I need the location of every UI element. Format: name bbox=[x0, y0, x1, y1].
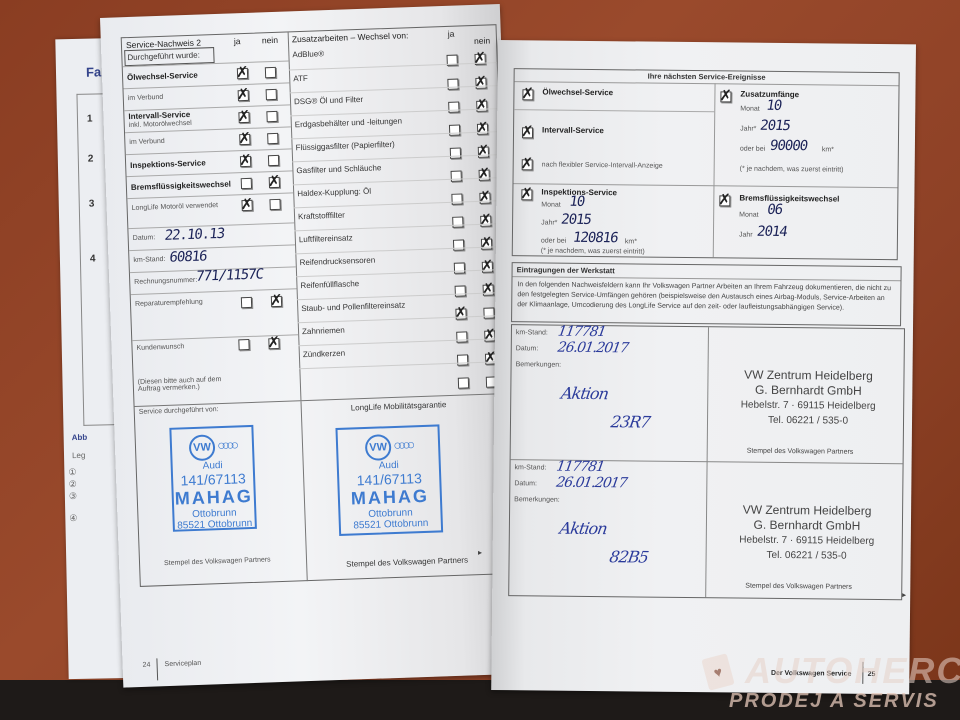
partner-stamp: VW Zentrum HeidelbergG. Bernhardt GmbHHe… bbox=[715, 367, 902, 429]
additional-year: 2015 bbox=[759, 118, 791, 134]
additional-work-column: Zusatzarbeiten – Wechsel von: ja nein Ad… bbox=[288, 25, 509, 400]
customer-nein-checkbox[interactable] bbox=[268, 338, 279, 349]
dealer-watermark: ♥ AUTOHERC PRODEJ A SERVIS bbox=[705, 650, 945, 720]
inspection-checkbox[interactable] bbox=[521, 189, 532, 200]
inspection-km-unit: km* bbox=[625, 238, 637, 245]
inspection-year: 2015 bbox=[560, 212, 592, 228]
partner-stamp-line4: Tel. 06221 / 535-0 bbox=[715, 412, 901, 429]
oil-change-checkbox[interactable] bbox=[522, 89, 533, 100]
entry-date-label: Datum: bbox=[514, 480, 537, 487]
service-nein-checkbox[interactable] bbox=[265, 67, 276, 78]
audi-rings-icon: ○○○○ bbox=[393, 436, 411, 453]
vw-logo-icon: VW bbox=[365, 434, 392, 461]
service-ja-checkbox[interactable] bbox=[241, 200, 252, 211]
stamp-caption: Stempel des Volkswagen Partners bbox=[747, 448, 854, 456]
service-nein-checkbox[interactable] bbox=[266, 111, 277, 122]
additional-year-label: Jahr* bbox=[740, 126, 756, 133]
note: (Diesen bitte auch auf dem Auftrag verme… bbox=[138, 376, 228, 393]
service-performed-column: Service-Nachweis 2 ja nein Durchgeführt … bbox=[122, 32, 302, 406]
partner-stamp-line3: Hebelstr. 7 · 69115 Heidelberg bbox=[715, 397, 901, 414]
col-ja: ja bbox=[234, 36, 241, 46]
extra-work-label: Haldex-Kupplung: Öl bbox=[297, 187, 371, 199]
brake-fluid-year-label: Jahr bbox=[739, 232, 753, 239]
repair-nein-checkbox[interactable] bbox=[271, 296, 282, 307]
longlife-label: LongLife Mobilitätsgarantie bbox=[351, 400, 447, 412]
additional-checkbox[interactable] bbox=[720, 91, 731, 102]
figure-caption: Abb bbox=[72, 433, 88, 442]
footer-title: Serviceplan bbox=[164, 660, 201, 668]
service-ja-checkbox[interactable] bbox=[241, 178, 252, 189]
service-nein-checkbox[interactable] bbox=[268, 155, 279, 166]
service-by-label: Service durchgeführt von: bbox=[139, 406, 219, 416]
inspection-year-label: Jahr* bbox=[541, 219, 557, 226]
stamp-address: 85521 Ottobrunn bbox=[175, 518, 255, 532]
extra-work-label: Flüssiggasfilter (Papierfilter) bbox=[295, 140, 394, 152]
workshop-text: In den folgenden Nachweisfeldern kann Ih… bbox=[512, 277, 900, 317]
customer-label: Kundenwunsch bbox=[136, 343, 184, 352]
left-page-service-record: Service-Nachweis 2 ja nein Durchgeführt … bbox=[100, 4, 523, 688]
entry-remarks-2: 82B5 bbox=[608, 547, 649, 566]
additional-km: 90000 bbox=[769, 138, 809, 154]
entry-remarks-2: 23R7 bbox=[610, 412, 651, 431]
entry-remarks-label: Bemerkungen: bbox=[516, 361, 562, 368]
service-sublabel: inkl. Motorölwechsel bbox=[129, 120, 192, 129]
workshop-entries-box: km-Stand:117781Datum:26.01.2017Bemerkung… bbox=[508, 324, 905, 600]
service-nein-checkbox[interactable] bbox=[269, 177, 280, 188]
page-number: 24 bbox=[142, 662, 150, 669]
service-nein-checkbox[interactable] bbox=[267, 133, 278, 144]
extra-work-label: DSG® Öl und Filter bbox=[294, 95, 363, 106]
extra-work-label: Gasfilter und Schläuche bbox=[296, 163, 381, 175]
brake-fluid-month: 06 bbox=[766, 202, 783, 218]
flexible-checkbox[interactable] bbox=[522, 159, 533, 170]
stamp-name: MAHAG bbox=[173, 486, 254, 510]
additional-month-label: Monat bbox=[740, 106, 760, 113]
service-ja-checkbox[interactable] bbox=[238, 90, 249, 101]
entry-date: 26.01.2017 bbox=[557, 340, 630, 357]
dealer-stamp-1: VW ○○○○ Audi 141/67113 MAHAG Ottobrunn 8… bbox=[169, 425, 257, 532]
service-label: im Verbund bbox=[128, 94, 164, 102]
legend-item: ② bbox=[69, 479, 77, 490]
additional-month: 10 bbox=[765, 98, 782, 114]
flexible-label: nach flexibler Service-Intervall-Anzeige bbox=[542, 161, 663, 169]
inspection-km: 120816 bbox=[572, 230, 619, 246]
service-label: Ölwechsel-Service bbox=[127, 71, 198, 82]
km-label: km-Stand: bbox=[133, 256, 165, 264]
repair-label: Reparaturempfehlung bbox=[135, 299, 203, 308]
entry-remarks-1: Aktion bbox=[558, 519, 608, 538]
entry-km: 117781 bbox=[555, 459, 605, 475]
oil-interval-cell: Ölwechsel-Service Intervall-Service nach… bbox=[513, 81, 715, 186]
service-ja-checkbox[interactable] bbox=[240, 156, 251, 167]
stamp-address: 85521 Ottobrunn bbox=[341, 517, 441, 531]
col-ja: ja bbox=[448, 29, 455, 39]
interval-label: Intervall-Service bbox=[542, 125, 604, 135]
col-nein: nein bbox=[262, 35, 278, 46]
service-nein-checkbox[interactable] bbox=[269, 199, 280, 210]
next-events-box: Ihre nächsten Service-Ereignisse Ölwechs… bbox=[512, 68, 900, 260]
workshop-entry: km-Stand:117781Datum:26.01.2017Bemerkung… bbox=[511, 325, 904, 463]
watermark-tagline: PRODEJ A SERVIS bbox=[729, 690, 939, 713]
watermark-brand: AUTOHERC bbox=[745, 650, 960, 692]
extra-work-label: Reifenfüllflasche bbox=[300, 279, 359, 290]
inspection-month-label: Monat bbox=[541, 201, 561, 208]
inspection-month: 10 bbox=[568, 194, 585, 210]
footer-separator bbox=[156, 658, 158, 680]
right-page-next-services: Ihre nächsten Service-Ereignisse Ölwechs… bbox=[491, 40, 916, 694]
additional-km-unit: km* bbox=[822, 146, 834, 153]
dealer-stamp-2: VW ○○○○ Audi 141/67113 MAHAG Ottobrunn 8… bbox=[335, 424, 443, 536]
interval-checkbox[interactable] bbox=[522, 127, 533, 138]
extra-work-label: Reifendrucksensoren bbox=[300, 256, 376, 268]
inspection-cell: Inspektions-Service Monat 10 Jahr* 2015 … bbox=[513, 183, 715, 257]
oil-change-label: Ölwechsel-Service bbox=[542, 87, 613, 97]
additional-km-label: oder bei bbox=[740, 146, 765, 153]
entry-remarks-label: Bemerkungen: bbox=[514, 496, 560, 503]
partner-stamp-line4: Tel. 06221 / 535-0 bbox=[714, 547, 900, 564]
extra-work-label: Luftfiltereinsatz bbox=[299, 233, 353, 244]
brake-fluid-year: 2014 bbox=[756, 224, 788, 240]
divider bbox=[300, 401, 307, 581]
extra-work-label: Zündkerzen bbox=[303, 349, 346, 359]
extra-work-label: Erdgasbehälter und -leitungen bbox=[295, 117, 402, 130]
stamp-area: Service durchgeführt von: LongLife Mobil… bbox=[135, 393, 515, 587]
audi-rings-icon: ○○○○ bbox=[217, 437, 235, 454]
invoice-label: Rechnungsnummer: bbox=[134, 277, 197, 286]
entry-date-label: Datum: bbox=[516, 345, 539, 352]
row-number: 2 bbox=[88, 154, 94, 165]
inspection-km-label: oder bei bbox=[541, 237, 566, 244]
service-ja-checkbox[interactable] bbox=[239, 134, 250, 145]
service-ja-checkbox[interactable] bbox=[238, 112, 249, 123]
entry-km: 117781 bbox=[557, 324, 607, 340]
legend-label: Leg bbox=[72, 451, 86, 460]
legend-item: ③ bbox=[69, 491, 77, 502]
performed-label: Durchgeführt wurde: bbox=[127, 51, 200, 63]
service-label: im Verbund bbox=[129, 138, 165, 146]
playing-card-icon: ♥ bbox=[701, 653, 734, 691]
next-page-arrow-icon: ▸ bbox=[902, 590, 906, 599]
next-page-arrow-icon: ▸ bbox=[478, 548, 482, 557]
service-record-form: Service-Nachweis 2 ja nein Durchgeführt … bbox=[121, 24, 516, 587]
date-value: 22.10.13 bbox=[164, 226, 225, 244]
service-ja-checkbox[interactable] bbox=[237, 68, 248, 79]
extra-work-label: Zahnriemen bbox=[302, 326, 345, 336]
service-nein-checkbox[interactable] bbox=[266, 89, 277, 100]
extra-work-label: AdBlue® bbox=[292, 49, 324, 59]
entry-km-label: km-Stand: bbox=[516, 329, 548, 336]
additional-footnote: (* je nachdem, was zuerst eintritt) bbox=[740, 166, 844, 174]
stamp-caption: Stempel des Volkswagen Partners bbox=[346, 555, 468, 568]
extra-work-label: Staub- und Pollenfiltereinsatz bbox=[301, 301, 405, 314]
customer-ja-checkbox[interactable] bbox=[238, 339, 249, 350]
entry-remarks-1: Aktion bbox=[560, 384, 610, 403]
partner-stamp-line3: Hebelstr. 7 · 69115 Heidelberg bbox=[714, 532, 900, 549]
row-number: 3 bbox=[89, 199, 95, 210]
brake-fluid-month-label: Monat bbox=[739, 212, 759, 219]
stamp-caption: Stempel des Volkswagen Partners bbox=[745, 583, 852, 591]
entry-date: 26.01.2017 bbox=[555, 475, 628, 492]
km-value: 60816 bbox=[169, 248, 208, 265]
additional-cell: Zusatzumfänge Monat 10 Jahr* 2015 oder b… bbox=[713, 83, 898, 188]
workshop-info-box: Eintragungen der Werkstatt In den folgen… bbox=[511, 262, 902, 326]
extra-work-label: Kraftstofffilter bbox=[298, 211, 345, 222]
service-label: Bremsflüssigkeitswechsel bbox=[131, 180, 231, 192]
row-number: 4 bbox=[90, 254, 96, 265]
inspection-footnote: (* je nachdem, was zuerst eintritt) bbox=[541, 247, 645, 255]
stamp-name: MAHAG bbox=[340, 485, 441, 509]
legend-item: ① bbox=[68, 467, 76, 478]
service-label: LongLife Motoröl verwendet bbox=[132, 202, 219, 212]
date-label: Datum: bbox=[133, 234, 156, 242]
row-number: 1 bbox=[87, 114, 93, 125]
repair-ja-checkbox[interactable] bbox=[241, 297, 252, 308]
brake-fluid-cell: Bremsflüssigkeitswechsel Monat 06 Jahr 2… bbox=[713, 185, 898, 259]
vw-logo-icon: VW bbox=[189, 434, 216, 461]
service-label: Inspektions-Service bbox=[130, 158, 206, 170]
stamp-caption: Stempel des Volkswagen Partners bbox=[164, 556, 271, 567]
partner-stamp: VW Zentrum HeidelbergG. Bernhardt GmbHHe… bbox=[714, 502, 901, 564]
legend-item: ④ bbox=[69, 513, 77, 524]
extra-work-label: ATF bbox=[293, 74, 308, 84]
brake-fluid-label: Bremsflüssigkeitswechsel bbox=[739, 194, 839, 204]
workshop-entry: km-Stand:117781Datum:26.01.2017Bemerkung… bbox=[509, 460, 902, 598]
brake-fluid-checkbox[interactable] bbox=[719, 195, 730, 206]
invoice-value: 771/1157C bbox=[195, 266, 264, 284]
entry-km-label: km-Stand: bbox=[514, 464, 546, 471]
service-row: LongLife Motoröl verwendet bbox=[127, 192, 294, 221]
customer-row: Kundenwunsch (Diesen bitte auch auf dem … bbox=[132, 334, 300, 407]
extra-ja-checkbox[interactable] bbox=[458, 377, 469, 388]
